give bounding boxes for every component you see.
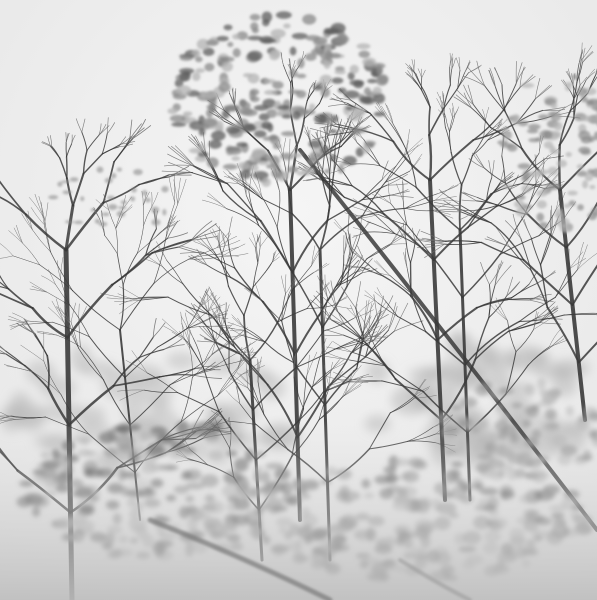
tree-photograph bbox=[0, 0, 597, 600]
ground-haze bbox=[0, 420, 597, 600]
tree-scene bbox=[0, 0, 597, 600]
